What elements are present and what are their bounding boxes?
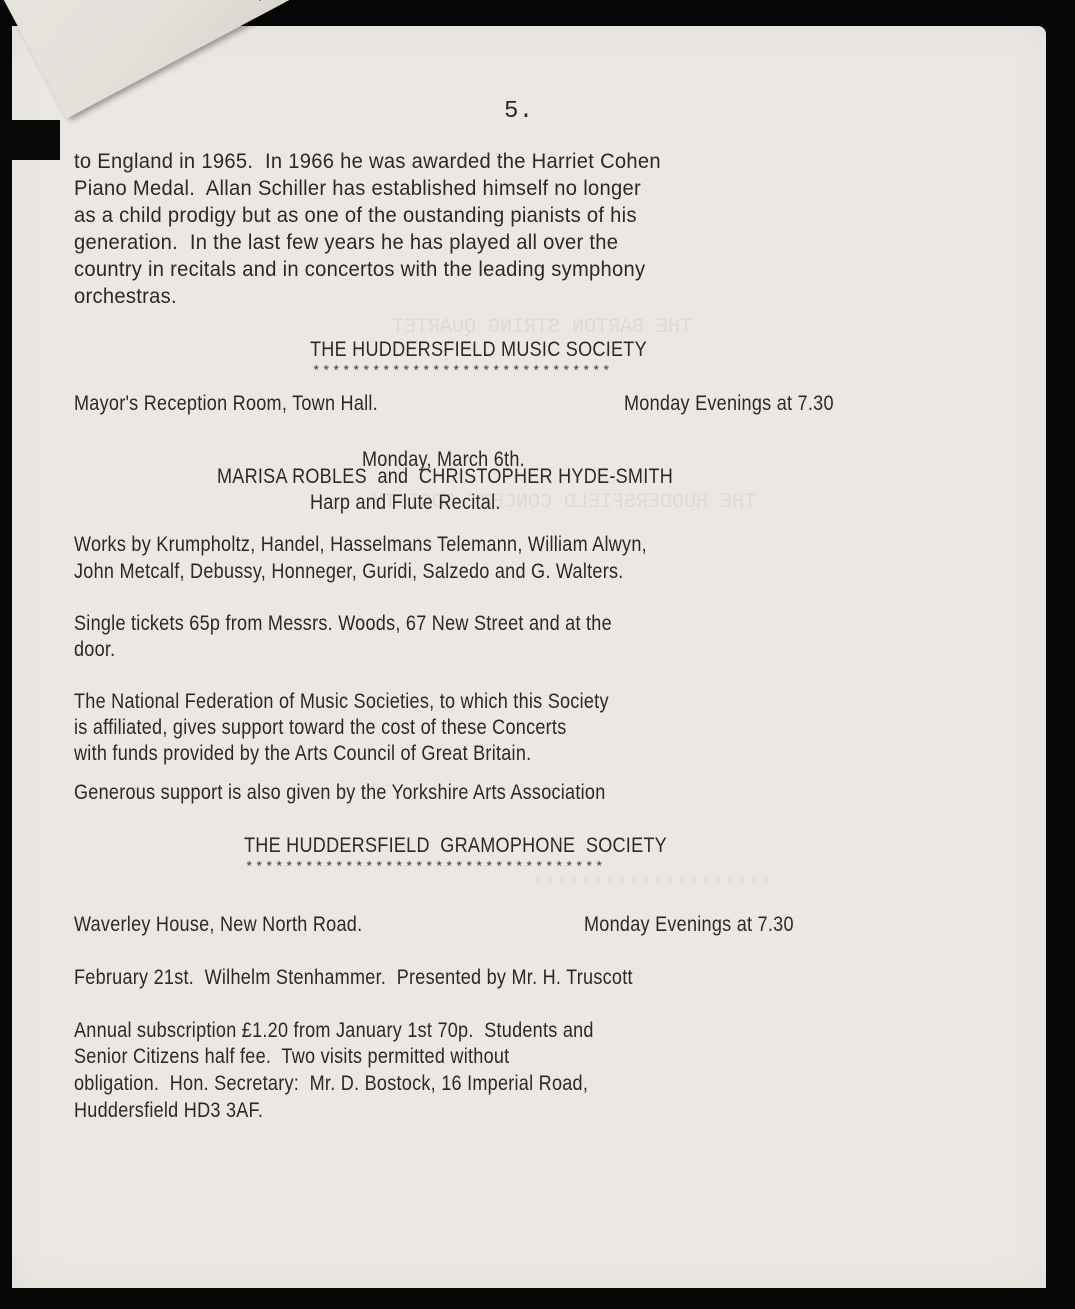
typed-page: THE BARTON STRING QUARTET THE HUDDERSFIE… [12, 26, 1046, 1288]
schedule-text: Monday Evenings at 7.30 [584, 911, 794, 938]
federation-line: The National Federation of Music Societi… [74, 688, 609, 715]
subscription-line: Annual subscription £1.20 from January 1… [74, 1017, 594, 1044]
yorkshire-support-line: Generous support is also given by the Yo… [74, 779, 606, 806]
star-divider: ****************************** [312, 364, 612, 380]
tickets-line: Single tickets 65p from Messrs. Woods, 6… [74, 610, 612, 637]
paragraph-line: country in recitals and in concertos wit… [74, 256, 645, 283]
section-heading: THE HUDDERSFIELD GRAMOPHONE SOCIETY [244, 832, 667, 859]
curl-shadow [0, 120, 60, 160]
paragraph-line: as a child prodigy but as one of the ous… [74, 202, 637, 229]
tickets-line: door. [74, 636, 115, 663]
performers: MARISA ROBLES and CHRISTOPHER HYDE-SMITH [217, 463, 673, 490]
venue-text: Mayor's Reception Room, Town Hall. [74, 390, 378, 417]
curled-text-fragment: ris [191, 0, 238, 1]
federation-line: is affiliated, gives support toward the … [74, 714, 566, 741]
star-divider: ************************************ [245, 860, 605, 876]
show-through-text: ******************** [532, 876, 772, 899]
recital-title: Harp and Flute Recital. [310, 489, 501, 516]
paragraph-line: generation. In the last few years he has… [74, 229, 618, 256]
works-line: John Metcalf, Debussy, Honneger, Guridi,… [74, 558, 624, 585]
venue-text: Waverley House, New North Road. [74, 911, 362, 938]
curled-text-fragment: new [250, 0, 297, 7]
schedule-text: Monday Evenings at 7.30 [624, 390, 834, 417]
subscription-line: Huddersfield HD3 3AF. [74, 1097, 263, 1124]
federation-line: with funds provided by the Arts Council … [74, 740, 531, 767]
paragraph-line: Piano Medal. Allan Schiller has establis… [74, 175, 641, 202]
page-number: 5. [504, 98, 533, 125]
paragraph-line: to England in 1965. In 1966 he was award… [74, 148, 661, 175]
subscription-line: Senior Citizens half fee. Two visits per… [74, 1043, 509, 1070]
works-line: Works by Krumpholtz, Handel, Hasselmans … [74, 531, 647, 558]
paragraph-line: orchestras. [74, 283, 177, 310]
event-line: February 21st. Wilhelm Stenhammer. Prese… [74, 964, 633, 991]
section-heading: THE HUDDERSFIELD MUSIC SOCIETY [310, 336, 647, 363]
subscription-line: obligation. Hon. Secretary: Mr. D. Bosto… [74, 1070, 588, 1097]
